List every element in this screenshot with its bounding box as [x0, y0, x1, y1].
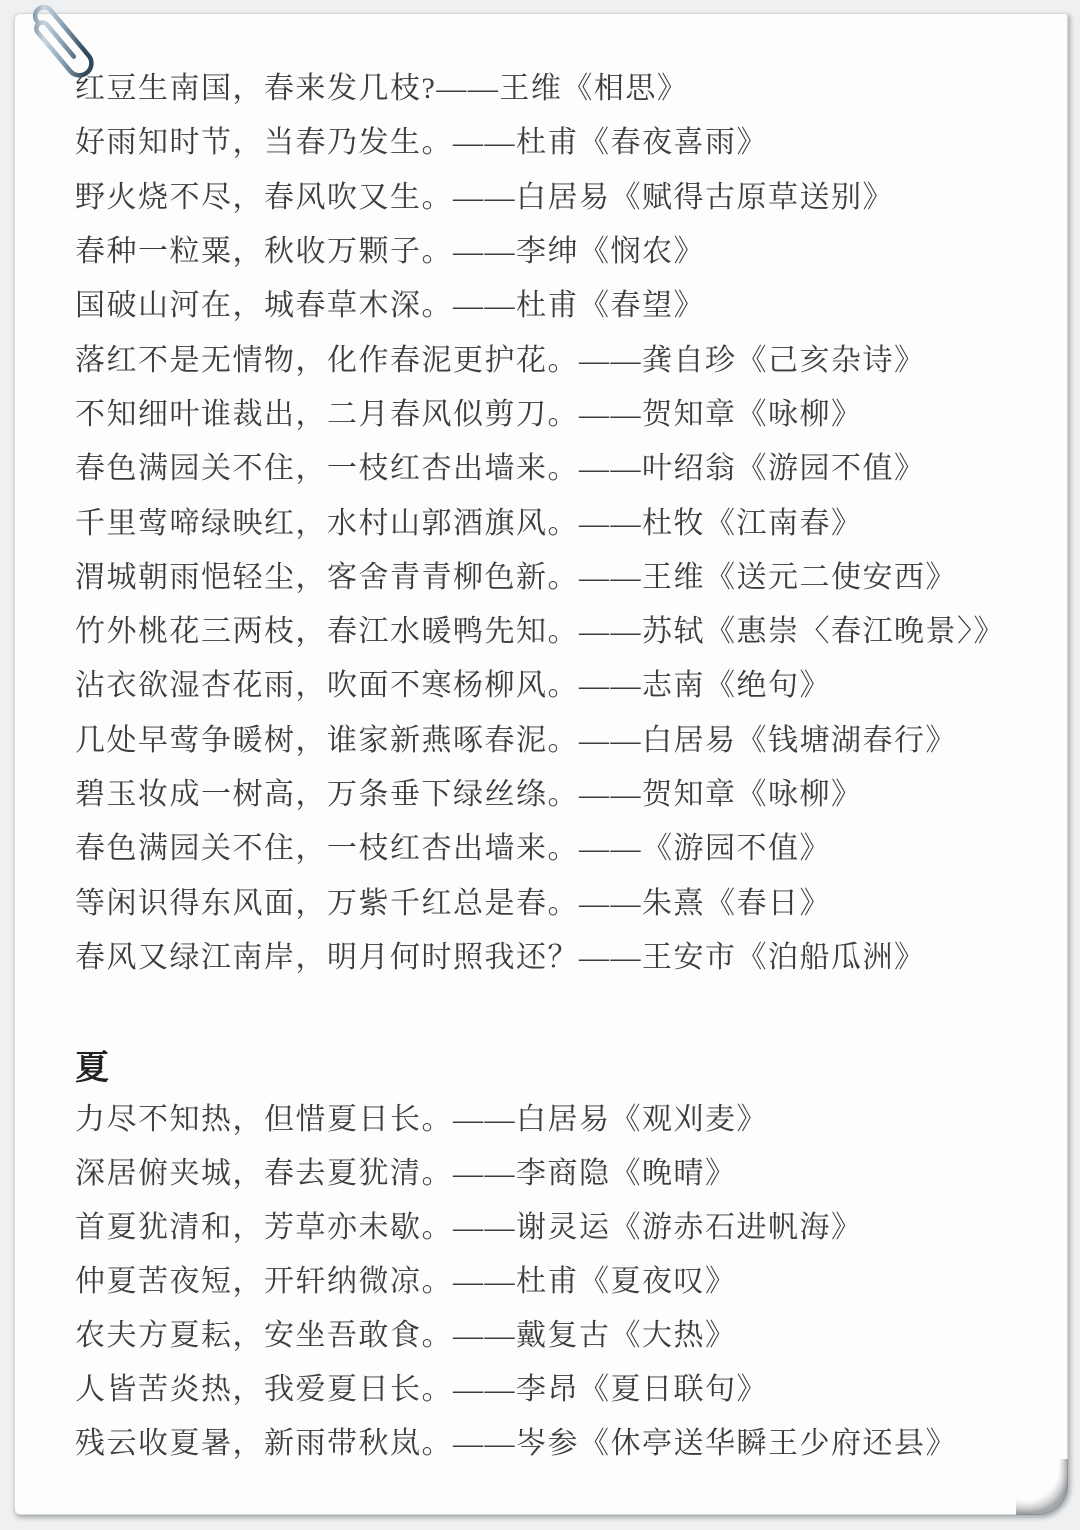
quotes-content: 红豆生南国，春来发几枝?——王维《相思》 好雨知时节，当春乃发生。——杜甫《春夜… — [15, 14, 1067, 1467]
quote-line: 深居俯夹城，春去夏犹清。——李商隐《晚晴》 — [75, 1143, 1037, 1197]
quote-line: 竹外桃花三两枝，春江水暖鸭先知。——苏轼《惠崇〈春江晚景〉》 — [75, 601, 1037, 655]
quote-line: 红豆生南国，春来发几枝?——王维《相思》 — [75, 58, 1037, 112]
quote-line: 千里莺啼绿映红，水村山郭酒旗风。——杜牧《江南春》 — [75, 492, 1037, 546]
quote-line: 仲夏苦夜短，开轩纳微凉。——杜甫《夏夜叹》 — [75, 1251, 1037, 1305]
quote-line: 几处早莺争暖树，谁家新燕啄春泥。——白居易《钱塘湖春行》 — [75, 710, 1037, 764]
page-curl-corner — [1016, 1459, 1068, 1515]
quote-line: 野火烧不尽，春风吹又生。——白居易《赋得古原草送别》 — [75, 167, 1037, 221]
quote-line: 好雨知时节，当春乃发生。——杜甫《春夜喜雨》 — [75, 112, 1037, 166]
quote-line: 春色满园关不住，一枝红杏出墙来。——叶绍翁《游园不值》 — [75, 438, 1037, 492]
quote-line: 国破山河在，城春草木深。——杜甫《春望》 — [75, 275, 1037, 329]
quote-line: 首夏犹清和，芳草亦未歇。——谢灵运《游赤石进帆海》 — [75, 1197, 1037, 1251]
quote-line: 残云收夏暑，新雨带秋岚。——岑参《休亭送华瞬王少府还县》 — [75, 1413, 1037, 1467]
quote-line: 不知细叶谁裁出，二月春风似剪刀。——贺知章《咏柳》 — [75, 384, 1037, 438]
quote-line: 落红不是无情物，化作春泥更护花。——龚自珍《己亥杂诗》 — [75, 329, 1037, 383]
quote-line: 人皆苦炎热，我爱夏日长。——李昂《夏日联句》 — [75, 1359, 1037, 1413]
quote-line: 春色满园关不住，一枝红杏出墙来。——《游园不值》 — [75, 818, 1037, 872]
quote-line: 农夫方夏耘，安坐吾敢食。——戴复古《大热》 — [75, 1305, 1037, 1359]
quote-line: 碧玉妆成一树高，万条垂下绿丝绦。——贺知章《咏柳》 — [75, 764, 1037, 818]
paper-sheet: 红豆生南国，春来发几枝?——王维《相思》 好雨知时节，当春乃发生。——杜甫《春夜… — [14, 13, 1068, 1515]
quote-line: 沾衣欲湿杏花雨，吹面不寒杨柳风。——志南《绝句》 — [75, 655, 1037, 709]
quote-line: 力尽不知热，但惜夏日长。——白居易《观刈麦》 — [75, 1089, 1037, 1143]
quote-line: 等闲识得东风面，万紫千红总是春。——朱熹《春日》 — [75, 872, 1037, 926]
quote-line: 春种一粒粟，秋收万颗子。——李绅《悯农》 — [75, 221, 1037, 275]
quote-line: 渭城朝雨悒轻尘，客舍青青柳色新。——王维《送元二使安西》 — [75, 547, 1037, 601]
summer-section-heading: 夏 — [75, 1039, 1037, 1089]
quote-line: 春风又绿江南岸，明月何时照我还？——王安市《泊船瓜洲》 — [75, 927, 1037, 981]
